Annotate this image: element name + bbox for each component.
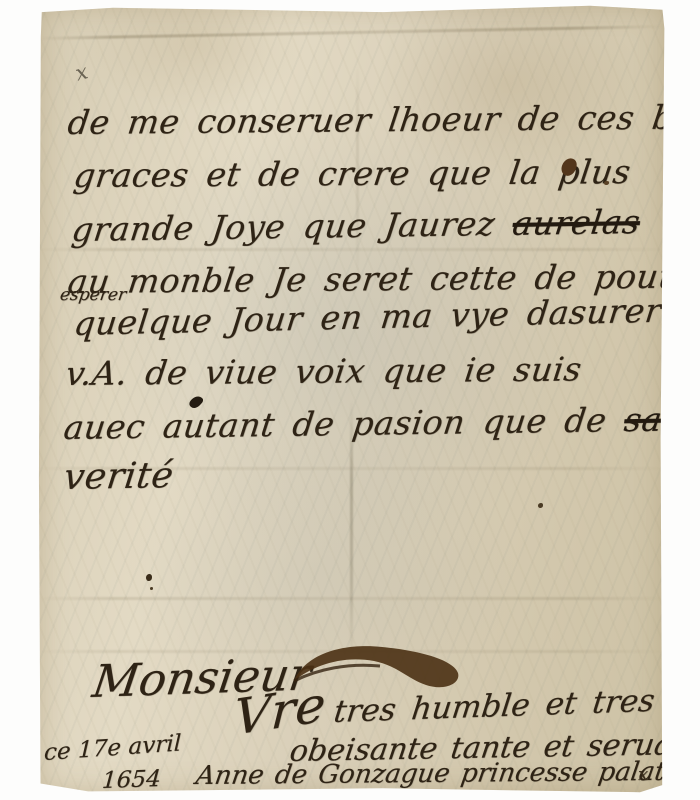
letter-paper: x de me conseruer lhoeur de ces bonnes g… [38, 5, 665, 793]
letter-line: v.A. de viue voix que ie suis [64, 352, 584, 393]
date-line-1: ce 17e avril [44, 732, 182, 767]
line-text: de me conseruer lhoeur de ces bonnes [66, 97, 700, 142]
letter-line: auec autant de pasion que de sa [62, 402, 665, 447]
date-line-2: 1654 [101, 767, 162, 794]
horizontal-crease [38, 597, 665, 600]
bottom-right-x-mark: x [638, 765, 648, 785]
line-text: verité [62, 455, 176, 498]
interline-insertion: esperer [59, 286, 128, 305]
letter-line: de me conseruer lhoeur de ces bonnes [66, 99, 700, 141]
struck-word: aurelas [510, 202, 642, 243]
line-text: grande Joye que Jaurez [70, 204, 516, 249]
letter-line: verité [62, 456, 176, 497]
top-fold-crease [38, 25, 665, 40]
line-text: graces et de crere que la plus [71, 152, 633, 195]
struck-word: sa [622, 400, 665, 440]
horizontal-crease [38, 248, 665, 251]
letter-line: grande Joye que Jaurez aurelas [70, 204, 643, 248]
letter-line: graces et de crere que la plus [72, 154, 633, 194]
line-text: v.A. de viue voix que ie suis [64, 350, 585, 393]
signature: Anne de Gonzague princesse palatine [194, 758, 700, 791]
ink-speck [146, 574, 152, 581]
ink-speck [538, 503, 543, 508]
ink-speck [150, 587, 153, 590]
line-text: auec autant de pasion que de [62, 400, 627, 447]
pencil-x-mark: x [73, 60, 90, 85]
